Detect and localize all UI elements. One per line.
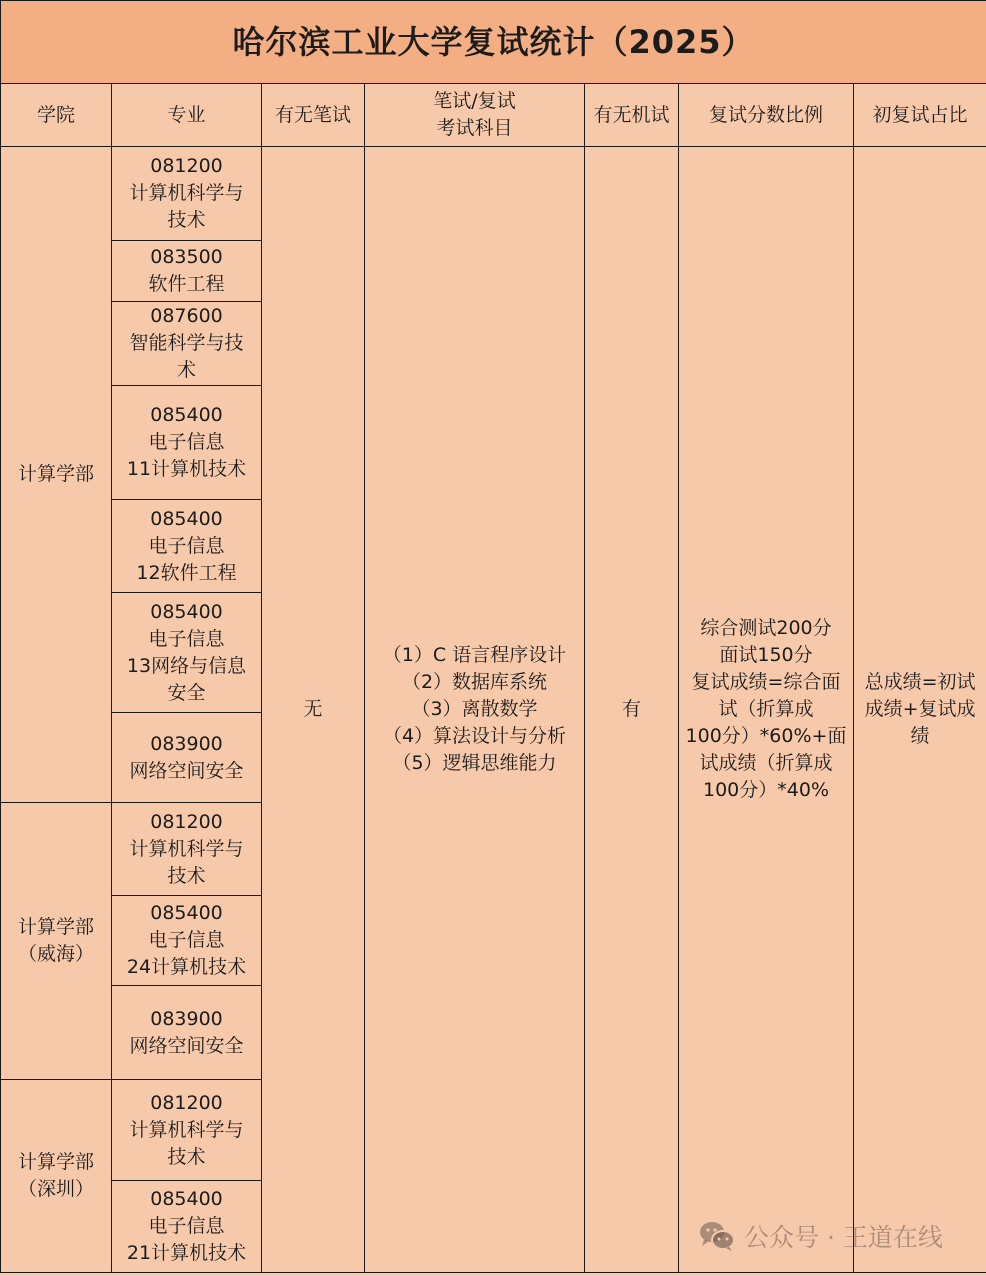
ratio-line: 试成绩（折算成 <box>683 750 849 777</box>
major-cell: 085400 电子信息 24计算机技术 <box>112 896 262 986</box>
major-name: 安全 <box>116 680 257 707</box>
major-name: 计算机科学与 <box>116 1117 257 1144</box>
major-name: 电子信息 <box>116 927 257 954</box>
header-subjects-line2: 考试科目 <box>369 115 580 142</box>
header-weight: 初复试占比 <box>854 84 986 147</box>
major-cell: 085400 电子信息 21计算机技术 <box>112 1181 262 1273</box>
college-cell: 计算学部 （深圳） <box>1 1080 112 1273</box>
table-row: 计算学部 081200 计算机科学与 技术 无 （1）C 语言程序设计 （2）数… <box>1 147 986 241</box>
major-name: 13网络与信息 <box>116 653 257 680</box>
major-name: 技术 <box>116 1144 257 1171</box>
major-code: 085400 <box>116 900 257 927</box>
weight-cell: 总成绩=初试 成绩+复试成 绩 <box>854 147 986 1273</box>
major-name: 技术 <box>116 863 257 890</box>
major-name: 网络空间安全 <box>116 758 257 785</box>
major-cell: 085400 电子信息 11计算机技术 <box>112 386 262 500</box>
major-cell: 085400 电子信息 13网络与信息 安全 <box>112 593 262 713</box>
major-code: 085400 <box>116 506 257 533</box>
major-code: 085400 <box>116 599 257 626</box>
major-cell: 081200 计算机科学与 技术 <box>112 147 262 241</box>
major-code: 083900 <box>116 731 257 758</box>
major-name: 计算机科学与 <box>116 836 257 863</box>
major-cell: 083900 网络空间安全 <box>112 713 262 803</box>
ratio-line: 复试成绩=综合面 <box>683 669 849 696</box>
ratio-line: 100分）*40% <box>683 777 849 804</box>
major-cell: 081200 计算机科学与 技术 <box>112 1080 262 1181</box>
subjects-cell: （1）C 语言程序设计 （2）数据库系统 （3）离散数学 （4）算法设计与分析 … <box>365 147 585 1273</box>
weight-line: 绩 <box>858 723 982 750</box>
ratio-line: 100分）*60%+面 <box>683 723 849 750</box>
major-code: 083500 <box>116 244 257 271</box>
header-ratio: 复试分数比例 <box>679 84 854 147</box>
major-name: 24计算机技术 <box>116 954 257 981</box>
page-title: 哈尔滨工业大学复试统计（2025） <box>1 1 986 84</box>
header-written: 有无笔试 <box>262 84 365 147</box>
major-name: 11计算机技术 <box>116 456 257 483</box>
college-cell: 计算学部 （威海） <box>1 803 112 1080</box>
header-subjects: 笔试/复试 考试科目 <box>365 84 585 147</box>
college-name: 计算学部 <box>5 1149 107 1176</box>
major-cell: 087600 智能科学与技 术 <box>112 302 262 386</box>
major-name: 电子信息 <box>116 626 257 653</box>
weight-line: 成绩+复试成 <box>858 696 982 723</box>
major-name: 电子信息 <box>116 429 257 456</box>
major-name: 智能科学与技 <box>116 330 257 357</box>
header-major: 专业 <box>112 84 262 147</box>
ratio-line: 综合测试200分 <box>683 615 849 642</box>
ratio-line: 面试150分 <box>683 642 849 669</box>
header-machine: 有无机试 <box>585 84 679 147</box>
major-cell: 083900 网络空间安全 <box>112 986 262 1080</box>
subject-item: （3）离散数学 <box>369 696 580 723</box>
retest-stats-table: 哈尔滨工业大学复试统计（2025） 学院 专业 有无笔试 笔试/复试 考试科目 … <box>0 0 986 1273</box>
major-name: 21计算机技术 <box>116 1240 257 1267</box>
header-college: 学院 <box>1 84 112 147</box>
major-name: 技术 <box>116 207 257 234</box>
major-cell: 085400 电子信息 12软件工程 <box>112 500 262 593</box>
major-cell: 081200 计算机科学与 技术 <box>112 803 262 896</box>
major-code: 081200 <box>116 153 257 180</box>
subject-item: （5）逻辑思维能力 <box>369 750 580 777</box>
header-subjects-line1: 笔试/复试 <box>369 88 580 115</box>
college-name: 计算学部 <box>5 914 107 941</box>
major-name: 计算机科学与 <box>116 180 257 207</box>
major-code: 081200 <box>116 1090 257 1117</box>
major-cell: 083500 软件工程 <box>112 241 262 302</box>
ratio-line: 试（折算成 <box>683 696 849 723</box>
weight-line: 总成绩=初试 <box>858 669 982 696</box>
subject-item: （1）C 语言程序设计 <box>369 642 580 669</box>
major-code: 087600 <box>116 303 257 330</box>
major-name: 电子信息 <box>116 533 257 560</box>
subject-item: （2）数据库系统 <box>369 669 580 696</box>
major-name: 网络空间安全 <box>116 1033 257 1060</box>
written-cell: 无 <box>262 147 365 1273</box>
ratio-cell: 综合测试200分 面试150分 复试成绩=综合面 试（折算成 100分）*60%… <box>679 147 854 1273</box>
major-name: 电子信息 <box>116 1213 257 1240</box>
machine-cell: 有 <box>585 147 679 1273</box>
major-name: 12软件工程 <box>116 560 257 587</box>
subject-item: （4）算法设计与分析 <box>369 723 580 750</box>
header-row: 学院 专业 有无笔试 笔试/复试 考试科目 有无机试 复试分数比例 初复试占比 <box>1 84 986 147</box>
college-campus: （深圳） <box>5 1176 107 1203</box>
college-campus: （威海） <box>5 941 107 968</box>
college-cell: 计算学部 <box>1 147 112 803</box>
major-code: 081200 <box>116 809 257 836</box>
major-name: 术 <box>116 357 257 384</box>
major-name: 软件工程 <box>116 271 257 298</box>
college-name: 计算学部 <box>5 461 107 488</box>
major-code: 085400 <box>116 1186 257 1213</box>
major-code: 083900 <box>116 1006 257 1033</box>
major-code: 085400 <box>116 402 257 429</box>
